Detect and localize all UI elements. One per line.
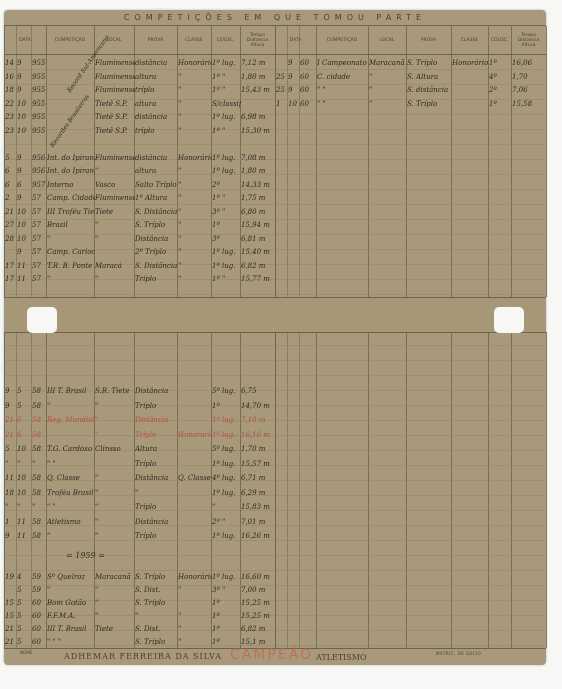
cell-y: 58: [31, 471, 47, 486]
cell-y: 58: [31, 384, 47, 399]
row-rule: [4, 345, 546, 346]
cell-comp: ": [46, 529, 95, 544]
column-header: DATA: [4, 26, 46, 54]
cell-m: 6: [16, 428, 32, 443]
cell-m: 11: [16, 272, 32, 287]
cell-y: 58: [31, 428, 47, 443]
cell-m: 10: [16, 486, 32, 501]
cell-m: 10: [16, 471, 32, 486]
cell-m: 11: [16, 515, 32, 530]
member-number-label: MATRIC. DE SOCIO: [436, 651, 481, 656]
row-rule: [4, 360, 546, 361]
athlete-name: ADHEMAR FERREIRA DA SILVA: [64, 652, 222, 661]
column-header: COMPETIÇÃO: [316, 26, 368, 54]
cell-local: S.R. Tiete: [94, 384, 135, 399]
table-row: """" "Tríplo1º lug.15,57 m: [4, 457, 546, 472]
column-header: CLASSE: [177, 26, 211, 54]
table-row: 171157""Tríplo"1º "15,77 m: [4, 272, 546, 287]
cell-local: ": [94, 471, 135, 486]
cell-classe: ": [177, 272, 212, 287]
column-header: CLASSE: [451, 26, 488, 54]
column-rule: [546, 332, 547, 648]
cell-comp: " ": [46, 500, 95, 515]
cell-result: 14,70 m: [240, 399, 276, 414]
cell-comp: " ": [316, 97, 369, 112]
cell-classe: Honorário: [177, 428, 212, 443]
cell-classe: [177, 384, 212, 399]
row-rule: [4, 375, 546, 376]
cell-prova: Tríplo: [134, 529, 178, 544]
table-row: 111058Q. Classe"DistânciaQ. Classe4º lug…: [4, 471, 546, 486]
cell-classe: [177, 413, 212, 428]
card-footer: NOME ADHEMAR FERREIRA DA SILVA CAMPEÃO A…: [4, 648, 546, 666]
row-rule: [4, 294, 546, 295]
column-header: COLOC.: [488, 26, 511, 54]
cell-coloc: 2º ": [211, 515, 241, 530]
column-header: Tempo Distancia Altura: [240, 26, 275, 54]
cell-result: 6,71 m: [240, 471, 276, 486]
cell-result: 6,29 m: [240, 486, 276, 501]
cell-local: ": [94, 500, 135, 515]
cell-y: 58: [31, 399, 47, 414]
column-header: COMPETIÇÃO: [46, 26, 94, 54]
cell-coloc: 5º lug.: [211, 442, 241, 457]
cell-comp: ": [46, 272, 95, 287]
cell-comp: Troféu Brasil: [46, 486, 95, 501]
cell-local: Clinsso: [94, 442, 135, 457]
cell-classe: [177, 515, 212, 530]
cell-local: [94, 457, 135, 472]
cell-comp: Q. Classe: [46, 471, 95, 486]
cell-result: 16,16 m: [240, 428, 276, 443]
table-row: 51058T.G. CardosoClinssoAltura5º lug.1,7…: [4, 442, 546, 457]
binder-hole: [494, 307, 524, 333]
cell-y: 58: [31, 529, 47, 544]
cell-result: 6,75: [240, 384, 276, 399]
column-header: COLOC.: [211, 26, 240, 54]
table-row: 11158Atletismo"Distância2º "7,01 m: [4, 515, 546, 530]
cell-coloc: 1º lug.: [211, 428, 241, 443]
cell-prova: Tríplo: [134, 500, 178, 515]
cell-prova: S. Tríplo: [406, 97, 452, 112]
name-label: NOME: [20, 650, 32, 655]
cell-coloc: 1º: [488, 97, 512, 112]
cell-classe: Q. Classe: [177, 471, 212, 486]
cell-coloc: 1º lug.: [211, 529, 241, 544]
cell-local: ": [94, 515, 135, 530]
cell-classe: [451, 97, 489, 112]
cell-coloc: 5º lug.: [211, 384, 241, 399]
cell-local: ": [368, 97, 407, 112]
cell-result: 15,83 m: [240, 500, 276, 515]
column-header: LOCAL: [368, 26, 406, 54]
cell-coloc: 1º: [211, 399, 241, 414]
column-header: PROVA: [134, 26, 177, 54]
column-header: DATA: [275, 26, 316, 54]
table-row: """" ""Tríplo"15,83 m: [4, 500, 546, 515]
cell-comp: Reg. Mundial: [46, 413, 95, 428]
cell-comp: [46, 428, 95, 443]
year-marker: = 1959 =: [66, 551, 105, 560]
cell-prova: Altura: [134, 442, 178, 457]
cell-prova: ": [134, 486, 178, 501]
cell-local: ": [94, 413, 135, 428]
table-row: 9558""Tríplo1º14,70 m: [4, 399, 546, 414]
cell-y: 58: [31, 486, 47, 501]
cell-coloc: 4º lug.: [211, 471, 241, 486]
cell-result: 1,70 m: [240, 442, 276, 457]
cell-m: 10: [16, 442, 32, 457]
cell-classe: [177, 442, 212, 457]
cell-coloc: 1º ": [211, 272, 241, 287]
cell-y: 57: [31, 272, 47, 287]
cell-comp: " ": [46, 457, 95, 472]
cell-local: ": [94, 399, 135, 414]
cell-comp: III T. Brasil: [46, 384, 95, 399]
cell-result: 16,26 m: [240, 529, 276, 544]
table-row: 181058Troféu Brasil""1º lug.6,29 m: [4, 486, 546, 501]
cell-coloc: ": [211, 500, 241, 515]
cell-coloc: 1º lug.: [211, 457, 241, 472]
cell-result: 7,10 m: [240, 413, 276, 428]
cell-comp: Atletismo: [46, 515, 95, 530]
cell-m: 5: [16, 399, 32, 414]
athlete-record-card: COMPETIÇÕES EM QUE TOMOU PARTE DATACOMPE…: [4, 10, 546, 665]
cell-y: 58: [31, 442, 47, 457]
cell-m: 11: [16, 529, 32, 544]
cell-prova: Distância: [134, 471, 178, 486]
cell-classe: [177, 500, 212, 515]
cell-prova: Tríplo: [134, 399, 178, 414]
cell-comp: ": [46, 399, 95, 414]
cell-classe: [177, 529, 212, 544]
cell-local: ": [94, 428, 135, 443]
cell-y: ": [31, 457, 47, 472]
cell-local: ": [94, 486, 135, 501]
cell-result: 15,77 m: [240, 272, 276, 287]
cell-y: 58: [31, 413, 47, 428]
table-row: 21658"TríploHonorário1º lug.16,16 m: [4, 428, 546, 443]
sport-name: ATLETISMO: [316, 653, 367, 662]
cell-comp: T.G. Cardoso: [46, 442, 95, 457]
cell-y: ": [31, 500, 47, 515]
column-header: PROVA: [406, 26, 451, 54]
cell-m: ": [16, 457, 32, 472]
table-row: 21658Reg. Mundial"Distância1º lug.7,10 m: [4, 413, 546, 428]
cell-classe: [177, 457, 212, 472]
cell-prova: Tríplo: [134, 272, 178, 287]
cell-m: 6: [16, 413, 32, 428]
card-title: COMPETIÇÕES EM QUE TOMOU PARTE: [4, 13, 546, 25]
binder-hole: [27, 307, 57, 333]
cell-local: ": [94, 272, 135, 287]
cell-result: 15,58: [511, 97, 547, 112]
cell-prova: Tríplo: [134, 428, 178, 443]
cell-coloc: 1º lug.: [211, 486, 241, 501]
column-header: Tempo Distancia Altura: [511, 26, 546, 54]
cell-result: 15,57 m: [240, 457, 276, 472]
cell-prova: Distância: [134, 515, 178, 530]
table-row: 9558III T. BrasilS.R. TieteDistância5º l…: [4, 384, 546, 399]
cell-local: ": [94, 529, 135, 544]
card-fold-band: [4, 297, 546, 333]
cell-m: 5: [16, 384, 32, 399]
cell-classe: [177, 486, 212, 501]
cell-coloc: 1º lug.: [211, 413, 241, 428]
cell-y: 58: [31, 515, 47, 530]
cell-m: ": [16, 500, 32, 515]
cell-prova: Distância: [134, 384, 178, 399]
cell-prova: Tríplo: [134, 457, 178, 472]
cell-y: 60: [299, 97, 317, 112]
cell-classe: [177, 399, 212, 414]
champion-stamp: CAMPEÃO: [230, 647, 313, 663]
table-row: 91158""Tríplo1º lug.16,26 m: [4, 529, 546, 544]
cell-result: 7,01 m: [240, 515, 276, 530]
cell-prova: Distância: [134, 413, 178, 428]
